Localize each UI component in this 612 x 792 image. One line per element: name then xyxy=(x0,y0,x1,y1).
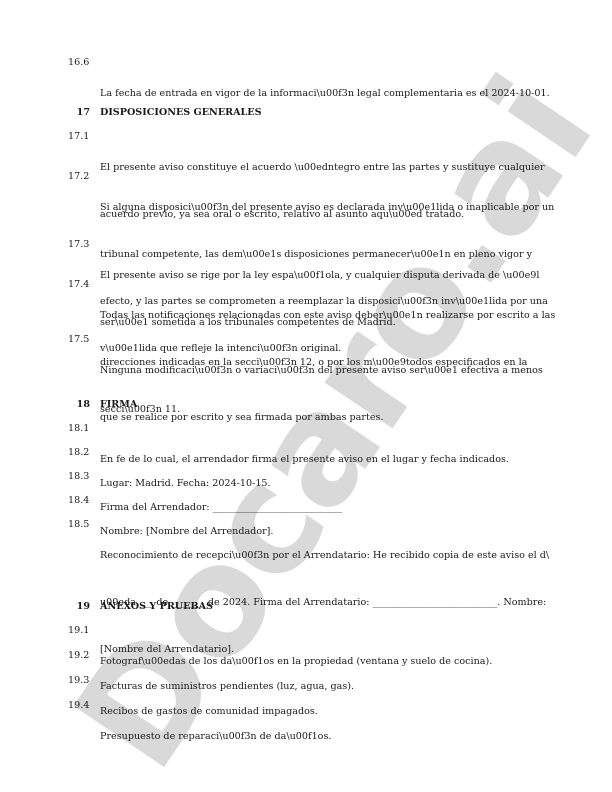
clause-number: 16.6 xyxy=(68,55,100,133)
clause-line: Reconocimiento de recepci\u00f3n por el … xyxy=(100,548,549,564)
section-title: DISPOSICIONES GENERALES xyxy=(100,105,538,121)
clause-line: La fecha de entrada en vigor de la infor… xyxy=(100,86,550,102)
section-heading-18: 18 FIRMA xyxy=(68,397,538,413)
document-page: Docaro.ai 16.6 La fecha de entrada en vi… xyxy=(0,0,612,792)
section-heading-17: 17 DISPOSICIONES GENERALES xyxy=(68,105,538,121)
clause-number: 19.4 xyxy=(68,698,100,776)
clause-16-6: 16.6 La fecha de entrada en vigor de la … xyxy=(68,55,538,133)
section-number: 18 xyxy=(68,397,100,413)
document-content: 16.6 La fecha de entrada en vigor de la … xyxy=(0,0,612,792)
clause-line: Si alguna disposici\u00f3n del presente … xyxy=(100,200,554,216)
clause-19-4: 19.4 Presupuesto de reparaci\u00f3n de d… xyxy=(68,698,538,776)
section-heading-19: 19 ANEXOS Y PRUEBAS xyxy=(68,599,538,615)
clause-text: Presupuesto de reparaci\u00f3n de da\u00… xyxy=(100,698,538,776)
clause-text: La fecha de entrada en vigor de la infor… xyxy=(100,55,550,133)
clause-line: Presupuesto de reparaci\u00f3n de da\u00… xyxy=(100,729,538,745)
clause-line: Ninguna modificaci\u00f3n o variaci\u00f… xyxy=(100,363,543,379)
section-title: FIRMA xyxy=(100,397,538,413)
section-title: ANEXOS Y PRUEBAS xyxy=(100,599,538,615)
section-number: 19 xyxy=(68,599,100,615)
clause-line: Todas las notificaciones relacionadas co… xyxy=(100,308,555,324)
section-number: 17 xyxy=(68,105,100,121)
